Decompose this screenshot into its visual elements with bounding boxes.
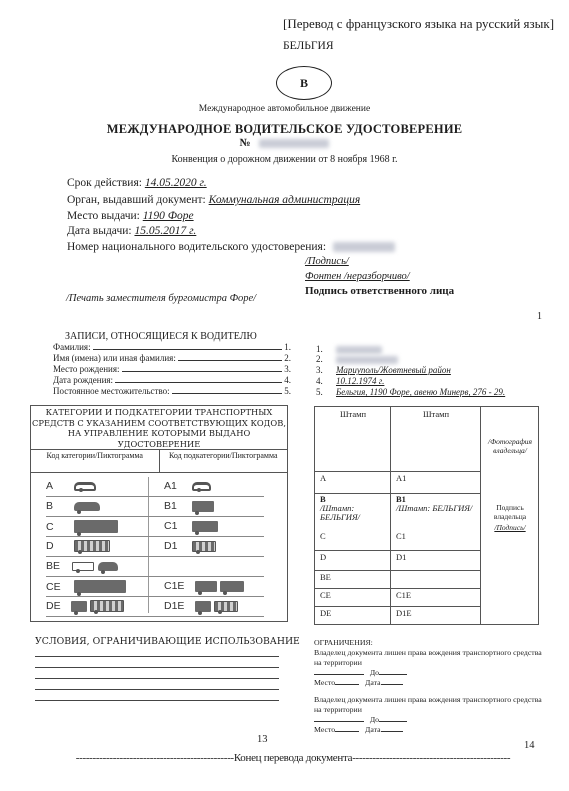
signatory-name: Фонтен /неразборчиво/ (305, 271, 410, 282)
minibus-icon (192, 541, 216, 552)
trailer-icon (195, 601, 211, 612)
field-value: 15.05.2017 г. (134, 225, 196, 237)
value-num: 1. (316, 344, 336, 354)
stamp-row-c-cat: C (315, 531, 391, 551)
restrictions-block: ОГРАНИЧЕНИЯ: Владелец документа лишен пр… (314, 638, 544, 735)
stamp-row-be-cat: BE (315, 572, 391, 589)
traffic-label: Международное автомобильное движение (0, 104, 569, 114)
record-value-4: 4.10.12.1974 г. (316, 376, 384, 386)
stamp-note: /Штамп: БЕЛЬГИЯ/ (320, 504, 391, 522)
car-trailer-icon (98, 562, 118, 571)
category-code: A (46, 480, 68, 492)
record-label: Фамилия: (53, 342, 91, 352)
conditions-line-4 (35, 689, 279, 690)
conditions-title: УСЛОВИЯ, ОГРАНИЧИВАЮЩИЕ ИСПОЛЬЗОВАНИЕ (35, 636, 300, 647)
blank-line (122, 364, 283, 372)
document-title: МЕЖДУНАРОДНОЕ ВОДИТЕЛЬСКОЕ УДОСТОВЕРЕНИЕ (0, 122, 569, 137)
signature-caption: Подпись ответственного лица (305, 285, 454, 297)
record-num: 5. (284, 386, 291, 396)
category-code: DE (46, 600, 68, 612)
conditions-line-3 (35, 678, 279, 679)
convention-text: Конвенция о дорожном движении от 8 ноябр… (0, 154, 569, 165)
value-text: Бельгия, 1190 Форе, авеню Минерв, 276 - … (336, 387, 505, 397)
minibus-trailer-icon (214, 601, 238, 612)
field-issue-date: Дата выдачи: 15.05.2017 г. (67, 225, 196, 237)
field-validity: Срок действия: 14.05.2020 г. (67, 177, 207, 189)
stamp-row-de-cat: DE (315, 608, 391, 624)
restriction-text-1: Владелец документа лишен права вождения … (314, 648, 544, 668)
row-divider (315, 471, 481, 472)
record-value-5: 5.Бельгия, 1190 Форе, авеню Минерв, 276 … (316, 387, 505, 397)
record-row-birthplace: Место рождения:3. (53, 364, 291, 374)
subcategory-code: D1E (164, 600, 192, 612)
value-num: 3. (316, 365, 336, 375)
truck-icon (74, 520, 118, 533)
restriction-text-2: Владелец документа лишен права вождения … (314, 695, 544, 715)
blank-line (178, 353, 282, 361)
record-label: Дата рождения: (53, 375, 113, 385)
record-row-surname: Фамилия:1. (53, 342, 291, 352)
restrictions-title: ОГРАНИЧЕНИЯ: (314, 638, 544, 648)
value-num: 4. (316, 376, 336, 386)
stamp-row-a-sub: A1 (391, 473, 481, 494)
stamp-row-de-sub: D1E (391, 608, 481, 624)
page-number-13: 13 (257, 734, 268, 745)
field-issuer: Орган, выдавший документ: Коммунальная а… (67, 194, 360, 206)
page-number-1: 1 (537, 311, 542, 322)
blank-line (93, 342, 283, 350)
field-label: Место выдачи: (67, 210, 140, 222)
subcategory-code: C1E (164, 580, 192, 592)
field-value: Коммунальная администрация (209, 194, 361, 206)
stamp-row-be-sub (391, 572, 481, 589)
subcategory-code: C1 (164, 520, 186, 532)
record-label: Постоянное местожительство: (53, 386, 170, 396)
record-row-residence: Постоянное местожительство:5. (53, 386, 291, 396)
record-num: 3. (284, 364, 291, 374)
country-name: БЕЛЬГИЯ (283, 40, 334, 52)
stamp-row-d-sub: D1 (391, 552, 481, 571)
owner-signature-label: Подпись владельца (481, 503, 539, 521)
stamp-header-1: Штамп (315, 407, 391, 419)
redacted-surname (336, 346, 382, 354)
light-truck-icon (192, 521, 218, 532)
record-label: Место рождения: (53, 364, 120, 374)
stamp-note: /Печать заместителя бургомистра Форе/ (66, 293, 256, 304)
translation-note: [Перевод с французского языка на русский… (283, 16, 554, 32)
col-subcategory-code: Код подкатегории/Пиктограмма (160, 450, 288, 472)
page-number-14: 14 (524, 740, 535, 751)
document-number: № (0, 137, 569, 149)
conditions-line-2 (35, 667, 279, 668)
end-text: Конец перевода документа (234, 752, 352, 764)
value-text: 10.12.1974 г. (336, 376, 384, 386)
country-code-oval: B (276, 66, 332, 100)
signature-line: /Подпись/ (305, 256, 349, 267)
trailer-icon (72, 562, 94, 571)
truck-trailer-icon (74, 580, 126, 593)
redacted-number (259, 139, 329, 148)
category-row-ce: CE C1E (46, 577, 264, 597)
stamp-row-ce-cat: CE (315, 590, 391, 607)
restriction-place-2: Место Дата (314, 725, 544, 735)
categories-table-header: Код категории/Пиктограмма Код подкатегор… (31, 450, 287, 473)
category-code: B (46, 500, 68, 512)
stamp-row-a-cat: A (315, 473, 391, 494)
field-value: 14.05.2020 г. (145, 177, 207, 189)
categories-table: КАТЕГОРИИ И ПОДКАТЕГОРИИ ТРАНСПОРТНЫХ СР… (30, 405, 288, 622)
stamp-header-2: Штамп (391, 407, 481, 419)
conditions-line-1 (35, 656, 279, 657)
owner-signature-value: /Подпись/ (481, 523, 539, 532)
van-icon (192, 501, 214, 512)
record-num: 1. (284, 342, 291, 352)
category-row-d: D D1 (46, 537, 264, 557)
blank-line (172, 386, 283, 394)
number-label: № (240, 137, 251, 149)
category-code: CE (46, 581, 68, 593)
record-row-names: Имя (имена) или иная фамилия:2. (53, 353, 291, 363)
value-num: 2. (316, 354, 336, 364)
trailer-icon (195, 581, 217, 592)
car-icon (74, 502, 100, 511)
record-value-1: 1. (316, 344, 382, 354)
stamp-note: /Штамп: БЕЛЬГИЯ/ (396, 504, 481, 513)
field-label: Срок действия: (67, 177, 142, 189)
bus-icon (74, 540, 110, 552)
field-label: Номер национального водительского удосто… (67, 241, 326, 253)
field-national-license-number: Номер национального водительского удосто… (67, 241, 395, 253)
redacted-value (333, 242, 395, 252)
category-row-b: B B1 (46, 497, 264, 517)
driver-records-title: ЗАПИСИ, ОТНОСЯЩИЕСЯ К ВОДИТЕЛЮ (65, 331, 257, 342)
subcategory-code: B1 (164, 500, 186, 512)
record-row-birthdate: Дата рождения:4. (53, 375, 291, 385)
value-text: Мариуполь/Жовтневый район (336, 365, 451, 375)
col-category-code: Код категории/Пиктограмма (31, 450, 160, 472)
conditions-line-5 (35, 700, 279, 701)
category-row-be: BE (46, 557, 264, 577)
dash-right: ----------------------------------------… (352, 752, 510, 764)
subcategory-code: D1 (164, 540, 186, 552)
photo-placeholder: /Фотография владельца/ (481, 437, 539, 455)
stamp-table: Штамп Штамп /Фотография владельца/ Подпи… (314, 406, 539, 625)
trailer-icon (71, 601, 87, 612)
dash-left: ----------------------------------------… (76, 752, 234, 764)
category-row-de: DE D1E (46, 597, 264, 617)
categories-table-title: КАТЕГОРИИ И ПОДКАТЕГОРИИ ТРАНСПОРТНЫХ СР… (31, 406, 287, 450)
blank-line (115, 375, 282, 383)
record-label: Имя (имена) или иная фамилия: (53, 353, 176, 363)
motorcycle-icon (74, 482, 96, 491)
stamp-row-b-cat: B /Штамп: БЕЛЬГИЯ/ (315, 495, 391, 532)
record-num: 4. (284, 375, 291, 385)
category-code: C (46, 521, 68, 533)
stamp-row-c-sub: C1 (391, 531, 481, 551)
restriction-until-1: До (314, 668, 544, 678)
bus-trailer-icon (90, 600, 124, 612)
record-num: 2. (284, 353, 291, 363)
redacted-name (336, 356, 398, 364)
category-row-a: A A1 (46, 477, 264, 497)
stamp-row-d-cat: D (315, 552, 391, 571)
field-value: 1190 Форе (143, 210, 194, 222)
field-issue-place: Место выдачи: 1190 Форе (67, 210, 194, 222)
restriction-until-2: До (314, 715, 544, 725)
record-value-3: 3.Мариуполь/Жовтневый район (316, 365, 451, 375)
stamp-row-b-sub: B1 /Штамп: БЕЛЬГИЯ/ (391, 495, 481, 532)
field-label: Орган, выдавший документ: (67, 194, 206, 206)
categories-table-body: A A1 B B1 C C1 D D1 BE CE C1E DE D1E (31, 473, 287, 621)
category-row-c: C C1 (46, 517, 264, 537)
record-value-2: 2. (316, 354, 398, 364)
light-motorcycle-icon (192, 482, 211, 491)
subcategory-code: A1 (164, 480, 186, 492)
light-truck-trailer-icon (220, 581, 244, 592)
stamp-row-ce-sub: C1E (391, 590, 481, 607)
category-code: BE (46, 560, 68, 572)
value-num: 5. (316, 387, 336, 397)
end-of-translation: ----------------------------------------… (48, 752, 538, 764)
field-label: Дата выдачи: (67, 225, 132, 237)
category-code: D (46, 540, 68, 552)
restriction-place-1: Место Дата (314, 678, 544, 688)
